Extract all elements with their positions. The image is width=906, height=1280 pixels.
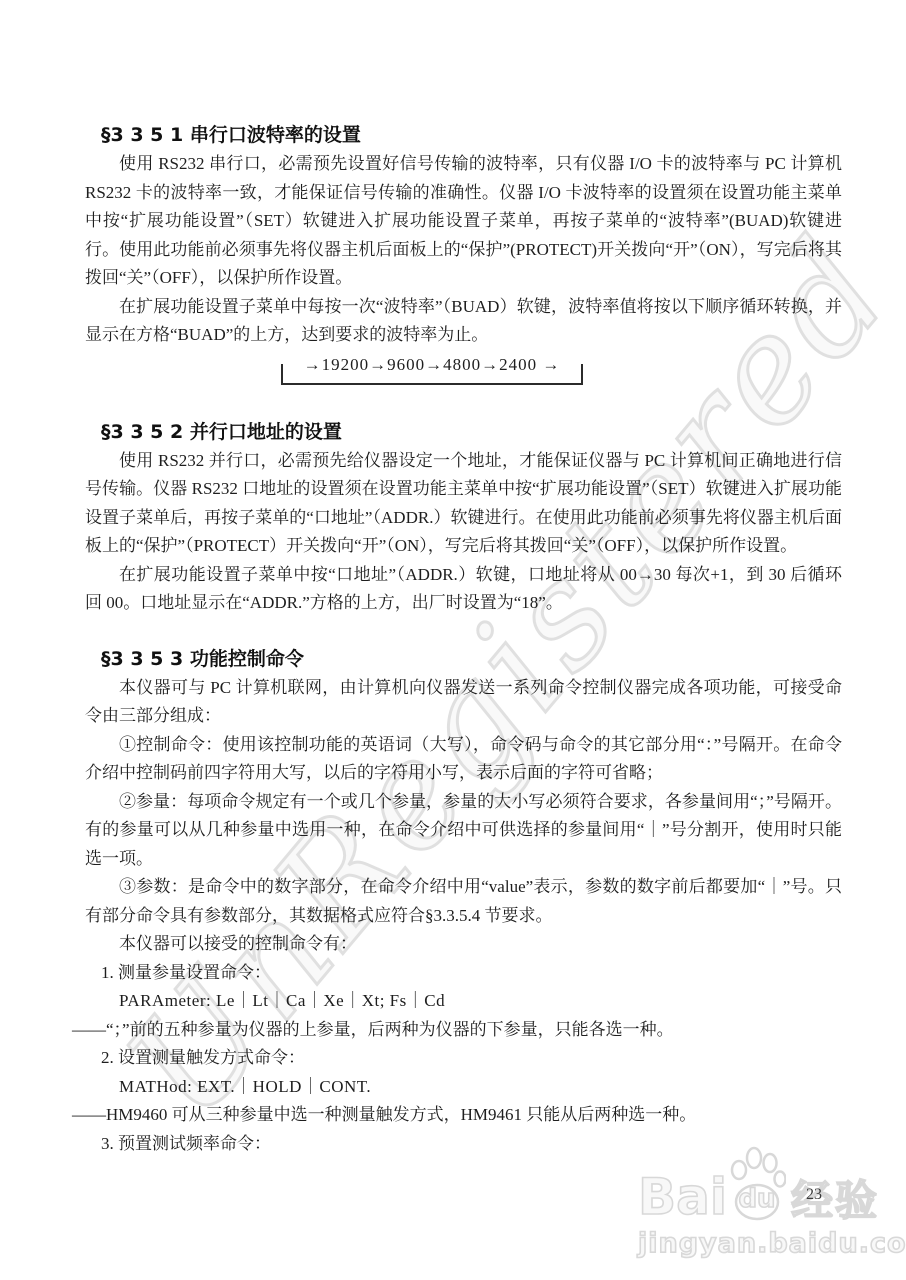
command-3-title: 3. 预置测试频率命令： (85, 1130, 842, 1159)
section-heading: §3 3 5 3 功能控制命令 (85, 644, 842, 674)
command-2-syntax: MATHod: EXT.｜HOLD｜CONT. (85, 1073, 842, 1102)
command-1-syntax: PARAmeter: Le｜Lt｜Ca｜Xe｜Xt; Fs｜Cd (85, 987, 842, 1016)
document-page: §3 3 5 1 串行口波特率的设置 使用 RS232 串行口，必需预先设置好信… (0, 0, 906, 1280)
section-port-address: §3 3 5 2 并行口地址的设置 使用 RS232 并行口，必需预先给仪器设定… (85, 417, 842, 618)
paragraph: 在扩展功能设置子菜单中按“口地址”（ADDR.）软键，口地址将从 00→30 每… (85, 561, 842, 618)
paragraph: 使用 RS232 并行口，必需预先给仪器设定一个地址，才能保证仪器与 PC 计算… (85, 447, 842, 561)
section-baud-rate: §3 3 5 1 串行口波特率的设置 使用 RS232 串行口，必需预先设置好信… (85, 120, 842, 385)
list-item-parameter: ②参量：每项命令规定有一个或几个参量，参量的大小写必须符合要求，各参量间用“；”… (85, 788, 842, 874)
paragraph: 本仪器可以接受的控制命令有： (85, 930, 842, 959)
paragraph: 使用 RS232 串行口，必需预先设置好信号传输的波特率，只有仪器 I/O 卡的… (85, 150, 842, 293)
section-control-commands: §3 3 5 3 功能控制命令 本仪器可与 PC 计算机联网，由计算机向仪器发送… (85, 644, 842, 1159)
command-2-note: ——HM9460 可从三种参量中选一种测量触发方式，HM9461 只能从后两种选… (72, 1101, 842, 1130)
list-item-control-command: ①控制命令：使用该控制功能的英语词（大写），命令码与命令的其它部分用“：”号隔开… (85, 731, 842, 788)
list-item-value: ③参数：是命令中的数字部分，在命令介绍中用“value”表示，参数的数字前后都要… (85, 873, 842, 930)
section-heading: §3 3 5 2 并行口地址的设置 (85, 417, 842, 447)
command-1-note: ——“；”前的五种参量为仪器的上参量，后两种为仪器的下参量，只能各选一种。 (72, 1016, 842, 1045)
baud-rate-sequence: →19200→9600→4800→2400 → (281, 355, 583, 375)
paragraph: 在扩展功能设置子菜单中每按一次“波特率”（BUAD）软键，波特率值将按以下顺序循… (85, 293, 842, 350)
section-heading: §3 3 5 1 串行口波特率的设置 (85, 120, 842, 150)
page-number: 23 (806, 1186, 822, 1204)
command-2-title: 2. 设置测量触发方式命令： (85, 1044, 842, 1073)
paragraph: 本仪器可与 PC 计算机联网，由计算机向仪器发送一系列命令控制仪器完成各项功能，… (85, 674, 842, 731)
command-1-title: 1. 测量参量设置命令： (85, 959, 842, 988)
baud-rate-loop-diagram: →19200→9600→4800→2400 → (281, 355, 583, 385)
